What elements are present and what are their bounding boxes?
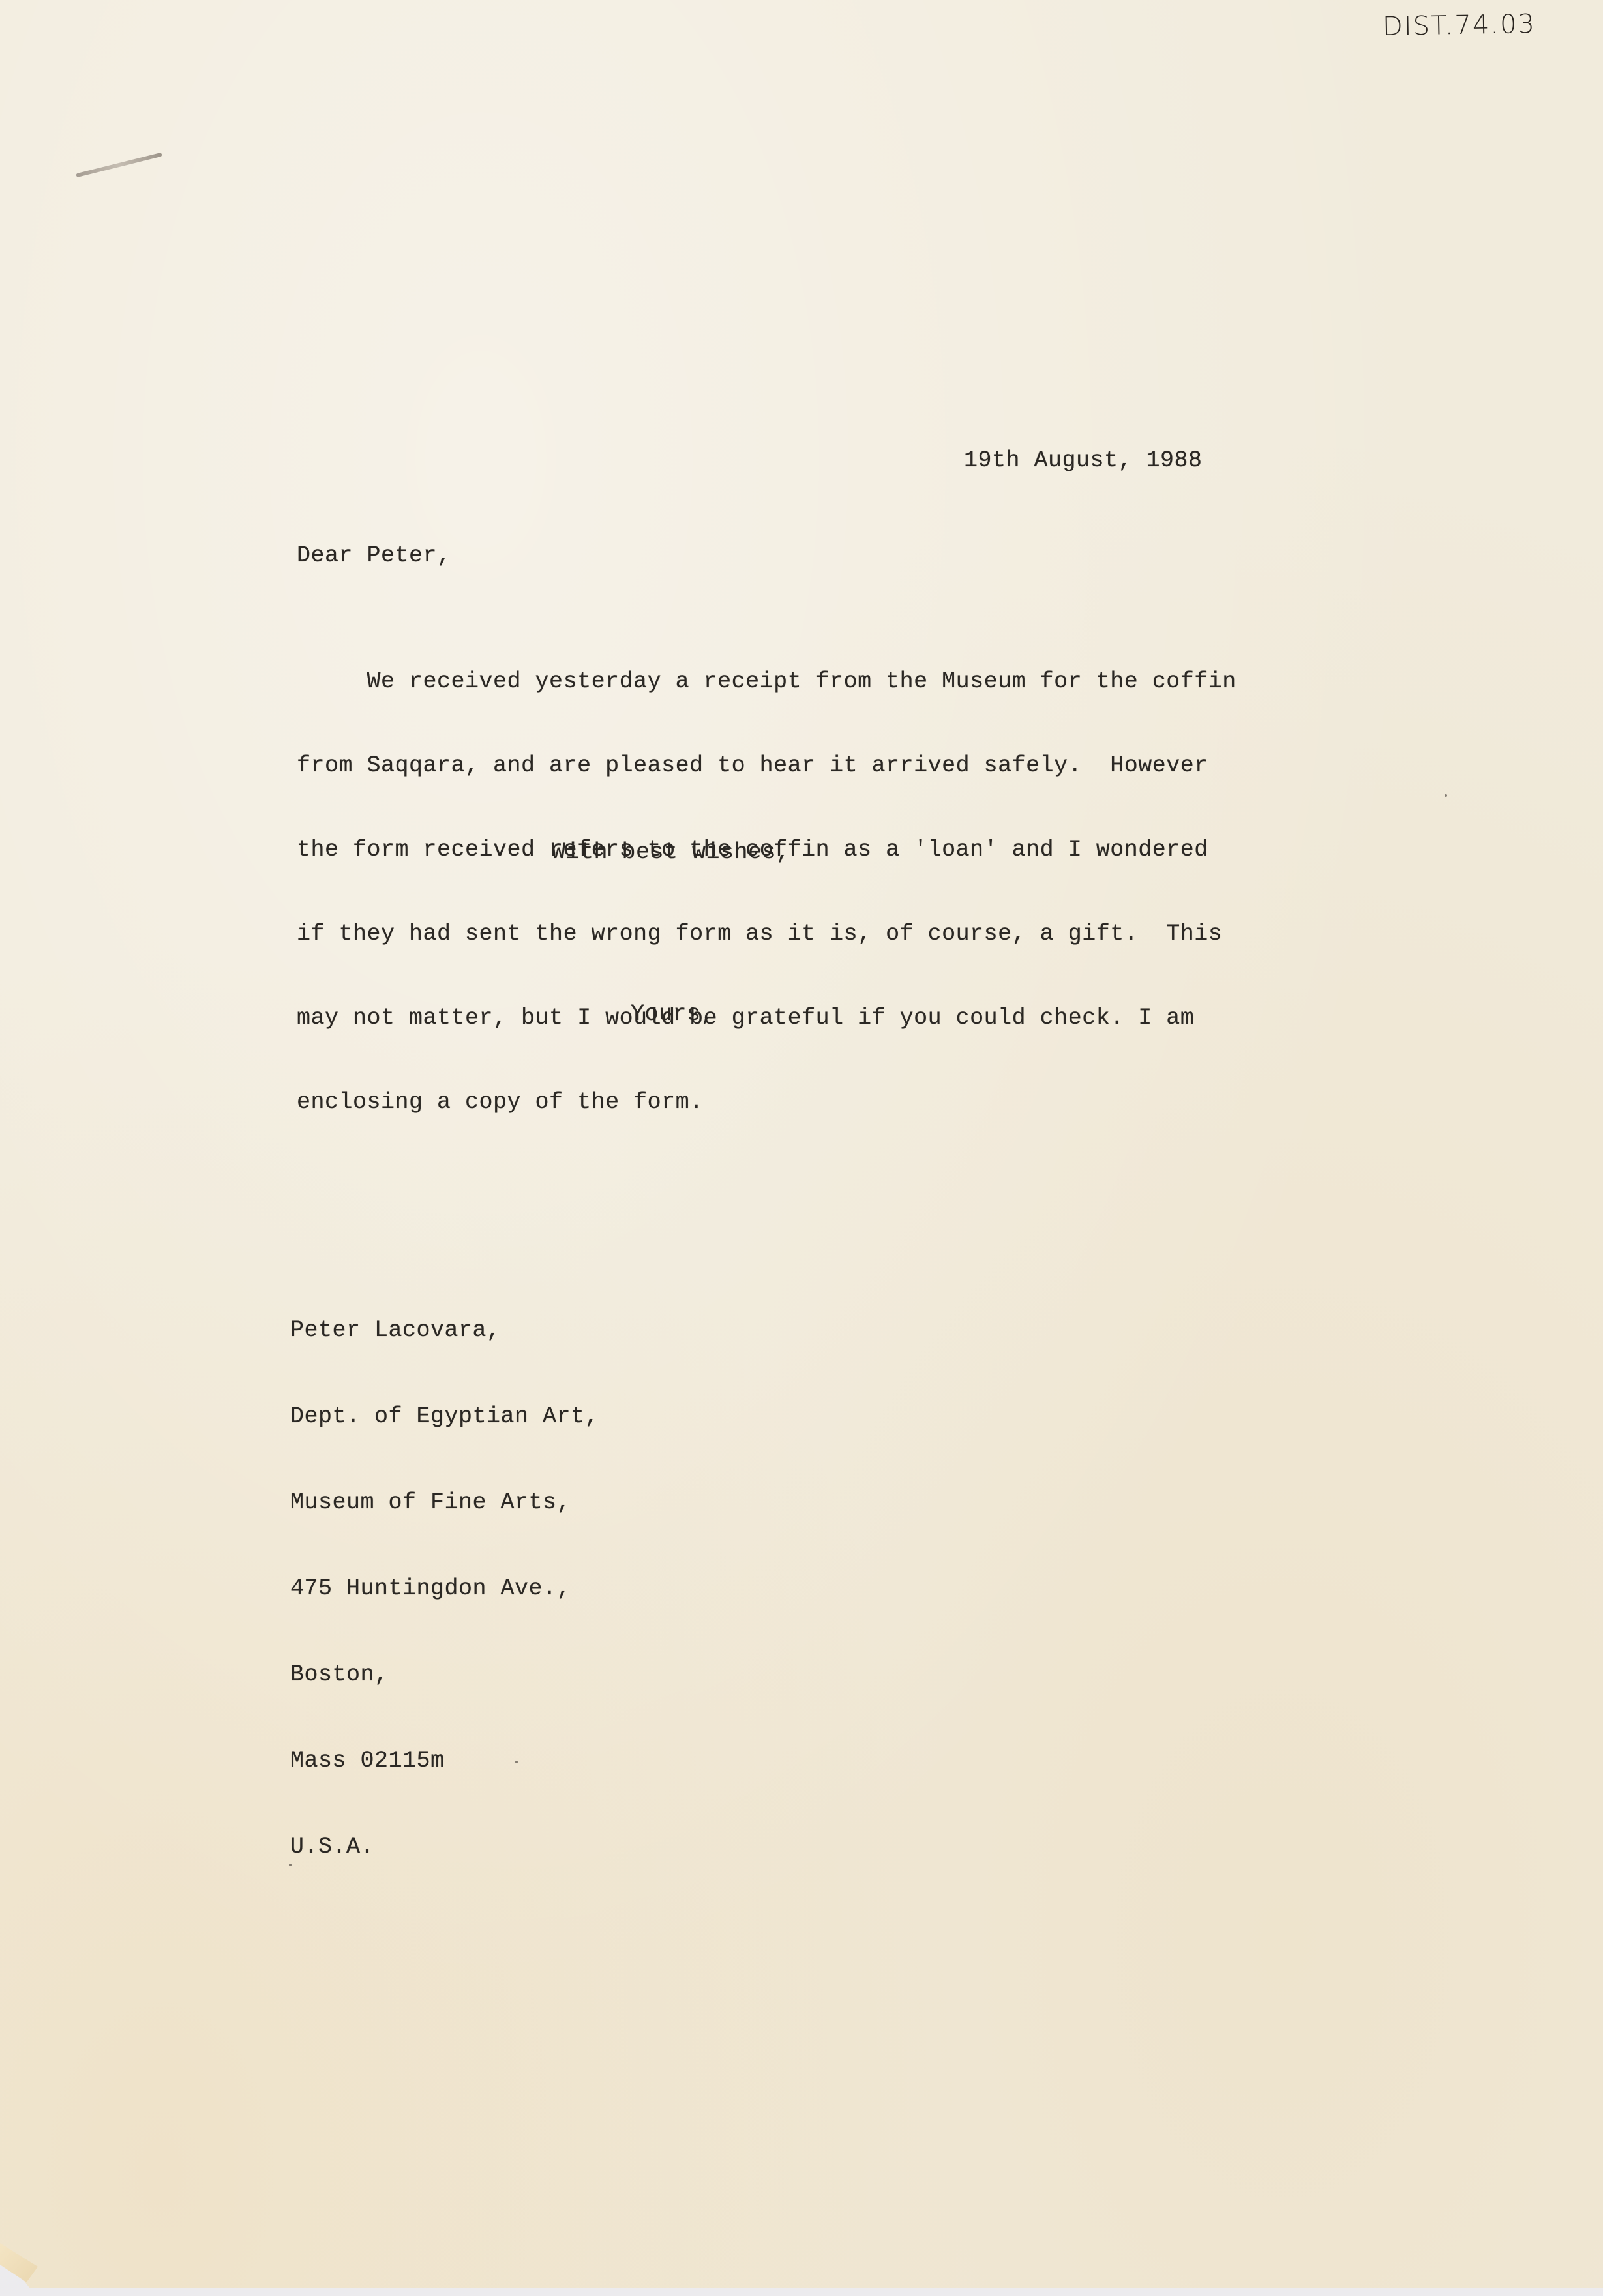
letter-page bbox=[0, 0, 1603, 2288]
signoff: Yours, bbox=[631, 1000, 715, 1028]
archive-reference: DIST.74.03 bbox=[1383, 9, 1536, 42]
address-line: Mass 02115m bbox=[290, 1746, 599, 1775]
body-line: if they had sent the wrong form as it is… bbox=[297, 919, 1236, 946]
body-line: from Saqqara, and are pleased to hear it… bbox=[297, 751, 1236, 778]
address-line: 475 Huntingdon Ave., bbox=[290, 1574, 599, 1603]
address-line: Dept. of Egyptian Art, bbox=[290, 1402, 599, 1431]
paper-speck bbox=[1445, 794, 1447, 797]
salutation: Dear Peter, bbox=[297, 541, 451, 570]
closing: With best wishes, bbox=[552, 838, 790, 867]
address-line: Peter Lacovara, bbox=[290, 1316, 599, 1345]
address-line: Museum of Fine Arts, bbox=[290, 1488, 599, 1517]
body-line: enclosing a copy of the form. bbox=[297, 1088, 1236, 1114]
letter-body: We received yesterday a receipt from the… bbox=[297, 610, 1236, 1143]
paper-speck bbox=[289, 1864, 292, 1866]
body-line: We received yesterday a receipt from the… bbox=[297, 667, 1236, 694]
letter-date: 19th August, 1988 bbox=[964, 446, 1203, 475]
recipient-address: Peter Lacovara, Dept. of Egyptian Art, M… bbox=[290, 1259, 599, 1890]
address-line: Boston, bbox=[290, 1660, 599, 1689]
address-line: U.S.A. bbox=[290, 1832, 599, 1861]
body-line: may not matter, but I would be grateful … bbox=[297, 1004, 1236, 1030]
paper-speck bbox=[515, 1761, 518, 1763]
